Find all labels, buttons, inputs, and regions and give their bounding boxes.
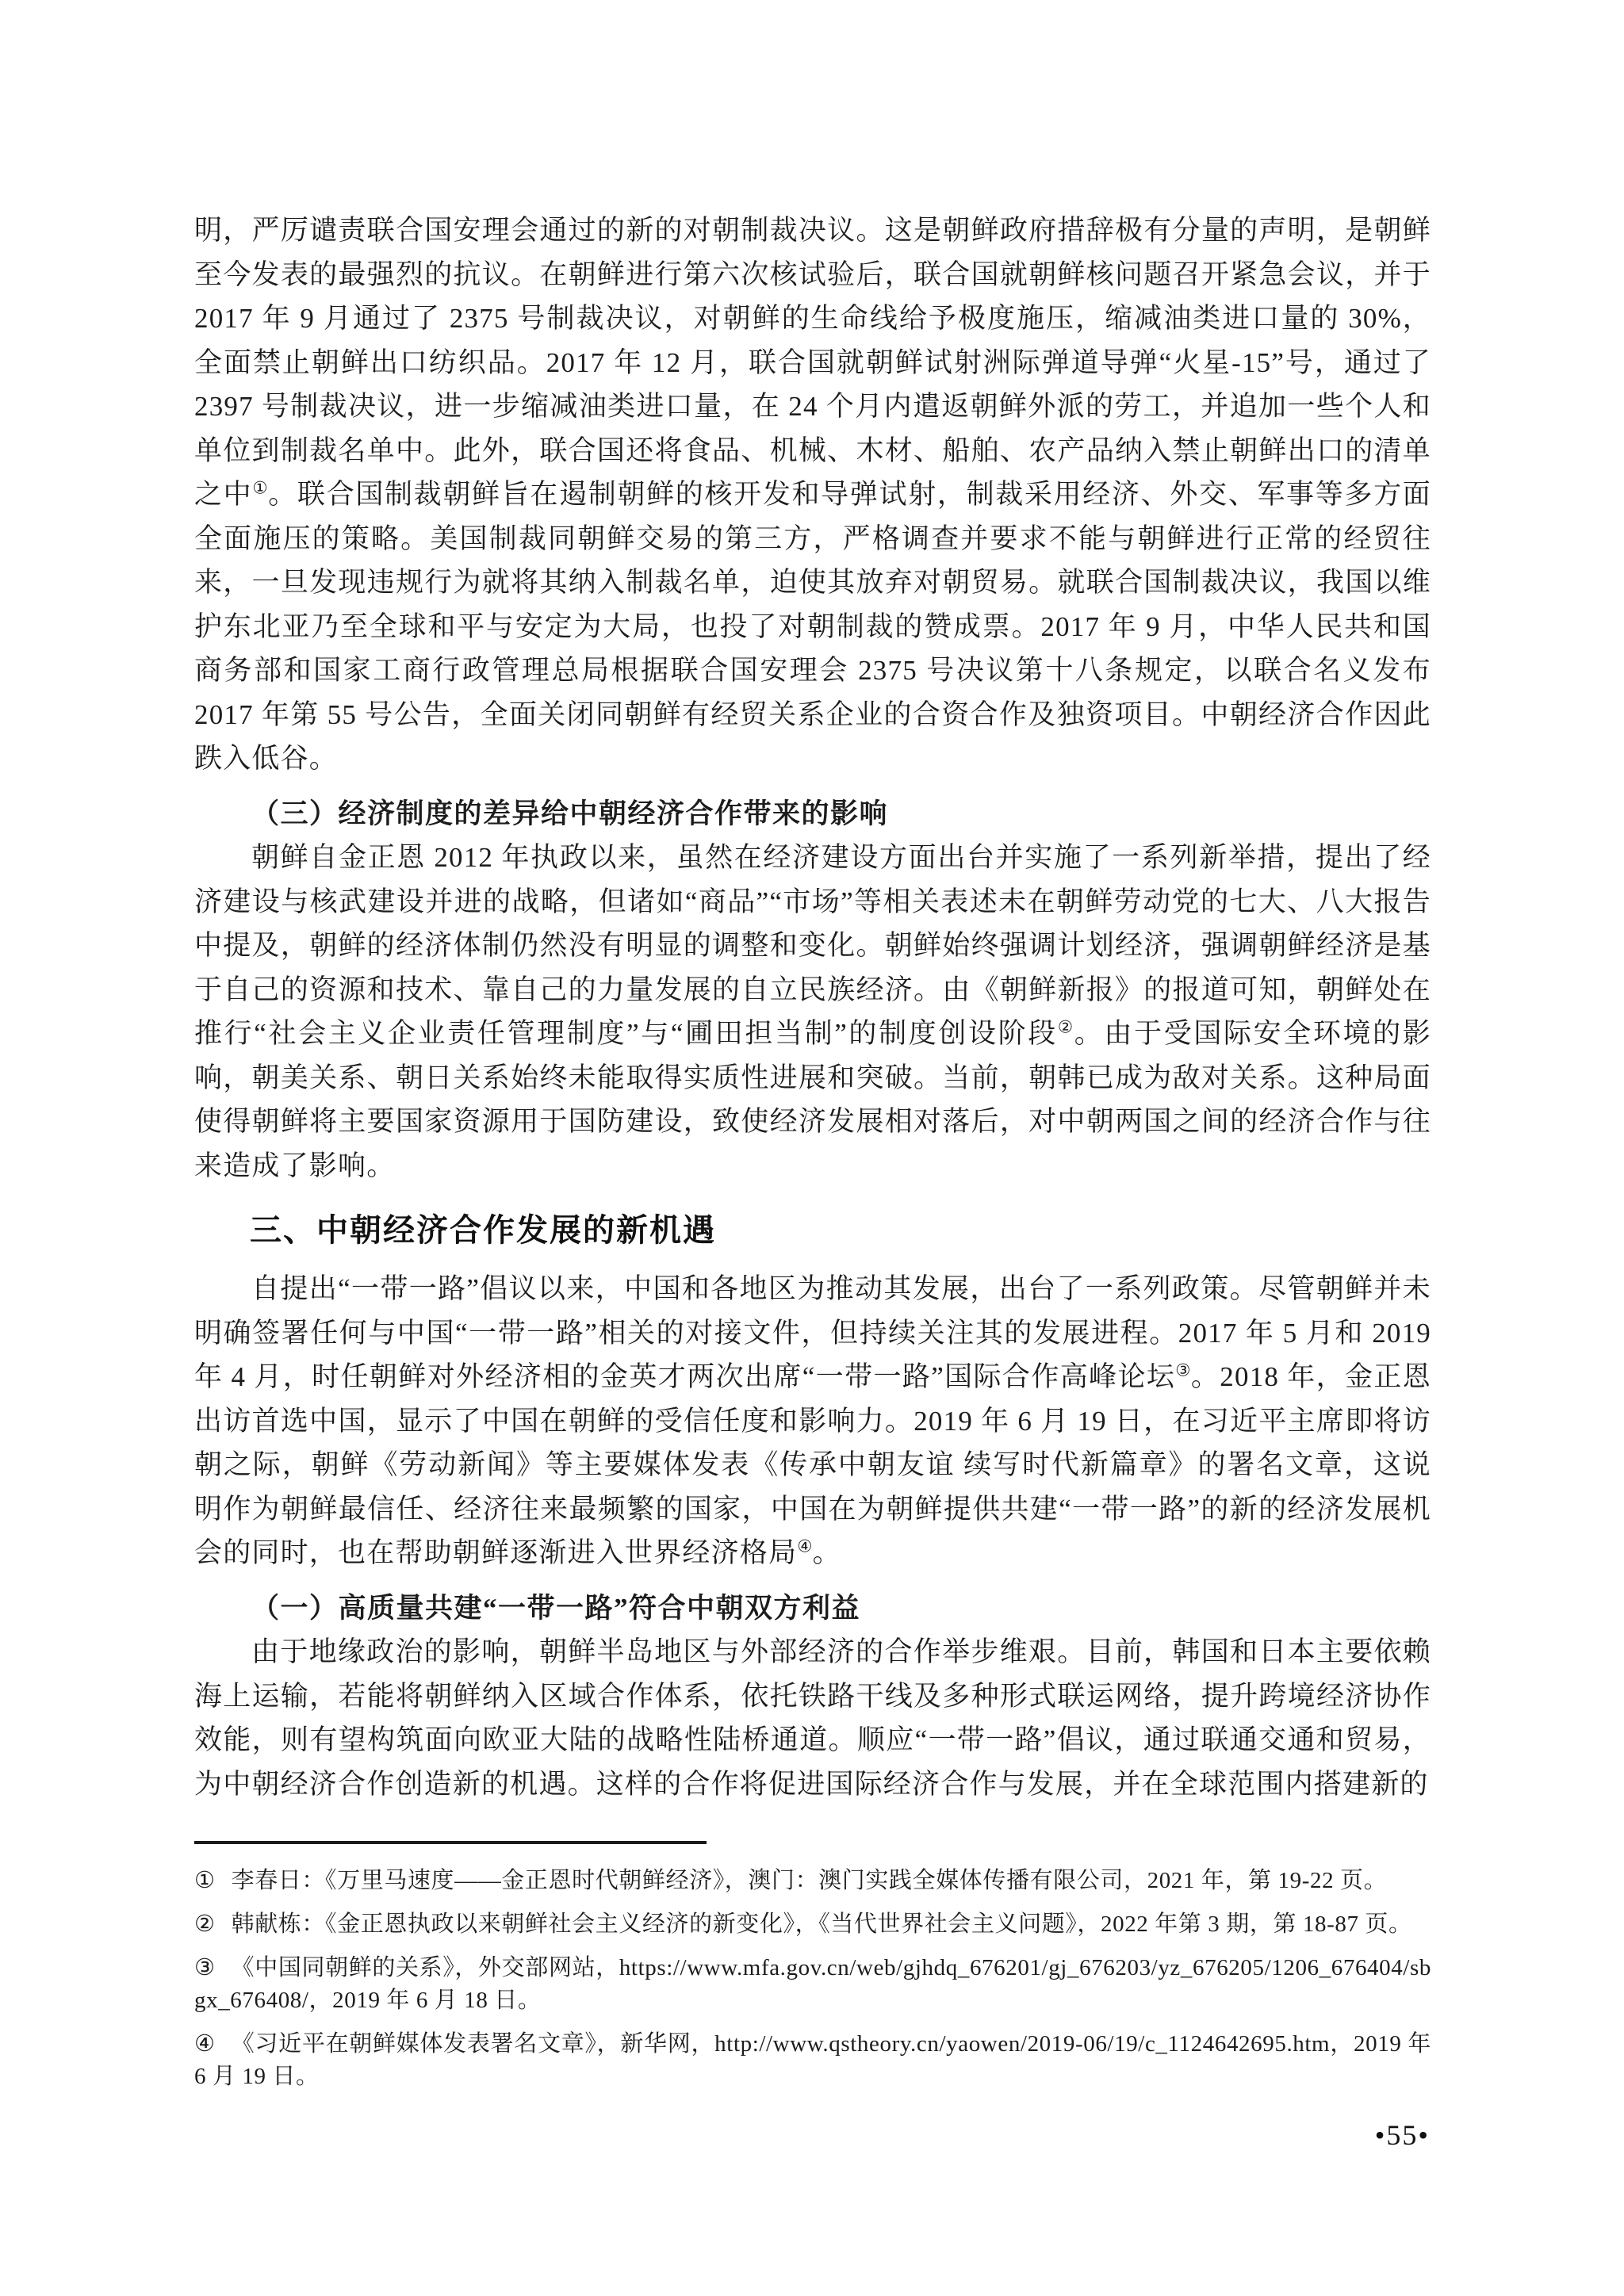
footnotes: ①李春日：《万里马速度——金正恩时代朝鲜经济》，澳门：澳门实践全媒体传播有限公司… [194, 1865, 1431, 2093]
sub-heading: （三）经济制度的差异给中朝经济合作带来的影响 [194, 792, 1431, 836]
footnote-text: 韩献栋：《金正恩执政以来朝鲜社会主义经济的新变化》，《当代世界社会主义问题》，2… [232, 1911, 1412, 1937]
page-number: •55• [1375, 2118, 1430, 2152]
document-body: 明，严厉谴责联合国安理会通过的新的对朝制裁决议。这是朝鲜政府措辞极有分量的声明，… [194, 209, 1431, 1806]
paragraph: 明，严厉谴责联合国安理会通过的新的对朝制裁决议。这是朝鲜政府措辞极有分量的声明，… [194, 209, 1431, 781]
footnote-marker: ② [194, 1908, 216, 1941]
footnote-item: ②韩献栋：《金正恩执政以来朝鲜社会主义经济的新变化》，《当代世界社会主义问题》，… [194, 1908, 1431, 1941]
footnote-text: 李春日：《万里马速度——金正恩时代朝鲜经济》，澳门：澳门实践全媒体传播有限公司，… [232, 1868, 1388, 1893]
footnote-ref: ② [1058, 1017, 1074, 1036]
footnote-separator-line [194, 1841, 707, 1844]
footnote-ref: ① [252, 478, 268, 497]
paragraph: 由于地缘政治的影响，朝鲜半岛地区与外部经济的合作举步维艰。目前，韩国和日本主要依… [194, 1630, 1431, 1806]
footnote-item: ①李春日：《万里马速度——金正恩时代朝鲜经济》，澳门：澳门实践全媒体传播有限公司… [194, 1865, 1431, 1897]
footnote-item: ④《习近平在朝鲜媒体发表署名文章》，新华网，http://www.qstheor… [194, 2028, 1431, 2093]
footnote-text: 《习近平在朝鲜媒体发表署名文章》，新华网，http://www.qstheory… [194, 2031, 1431, 2089]
footnote-marker: ④ [194, 2028, 216, 2061]
sub-heading: （一）高质量共建“一带一路”符合中朝双方利益 [194, 1586, 1431, 1631]
footnote-marker: ① [194, 1865, 216, 1897]
footnote-ref: ④ [797, 1536, 812, 1556]
footnote-item: ③《中国同朝鲜的关系》，外交部网站，https://www.mfa.gov.cn… [194, 1952, 1431, 2017]
footnote-area: ①李春日：《万里马速度——金正恩时代朝鲜经济》，澳门：澳门实践全媒体传播有限公司… [194, 1841, 1431, 2104]
paragraph: 朝鲜自金正恩 2012 年执政以来，虽然在经济建设方面出台并实施了一系列新举措，… [194, 836, 1431, 1188]
footnote-ref: ③ [1175, 1360, 1191, 1380]
footnote-text: 《中国同朝鲜的关系》，外交部网站，https://www.mfa.gov.cn/… [194, 1955, 1431, 2013]
paragraph: 自提出“一带一路”倡议以来，中国和各地区为推动其发展，出台了一系列政策。尽管朝鲜… [194, 1267, 1431, 1575]
document-page: 明，严厉谴责联合国安理会通过的新的对朝制裁决议。这是朝鲜政府措辞极有分量的声明，… [0, 0, 1624, 2296]
footnote-marker: ③ [194, 1952, 216, 1984]
section-heading: 三、中朝经济合作发展的新机遇 [194, 1205, 1431, 1256]
